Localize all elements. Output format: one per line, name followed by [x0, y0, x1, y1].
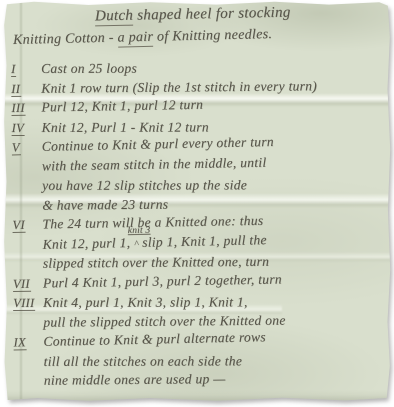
line-text: Knit 4, purl 1, Knit 3, slip 1, Knit 1,: [43, 292, 387, 312]
title-rest: shaped heel for stocking: [133, 5, 291, 24]
line-text: Cast on 25 loops: [41, 58, 385, 78]
insertion-point: ^knit 3: [134, 232, 139, 254]
subtitle-underlined: a pair: [117, 30, 153, 48]
step-numeral: V: [12, 138, 42, 158]
subtitle-post: of Knitting needles.: [153, 27, 272, 45]
line-text: till all the stitches on each side the: [44, 351, 388, 371]
step-numeral: II: [11, 79, 41, 99]
step-numeral: VIII: [13, 294, 43, 314]
manuscript-line: VIIIKnit 4, purl 1, Knit 3, slip 1, Knit…: [13, 292, 387, 312]
manuscript-content: Dutch shaped heel for stocking Knitting …: [11, 7, 385, 398]
step-numeral-text: I: [11, 62, 17, 77]
step-numeral: IV: [12, 118, 42, 138]
manuscript-paper: Dutch shaped heel for stocking Knitting …: [3, 1, 391, 402]
instruction-lines: ICast on 25 loopsIIKnit 1 row turn (Slip…: [11, 56, 388, 391]
title-underlined-word: Dutch: [95, 8, 134, 27]
line-text: you have 12 slip stitches up the side: [42, 175, 386, 195]
inserted-note: knit 3: [128, 221, 151, 241]
step-numeral-text: VII: [13, 276, 31, 291]
step-numeral-text: IV: [12, 120, 25, 135]
subtitle-pre: Knitting Cotton -: [13, 31, 118, 48]
step-numeral-text: II: [11, 81, 21, 96]
paper-shadow: Dutch shaped heel for stocking Knitting …: [3, 1, 391, 402]
page-background: Dutch shaped heel for stocking Knitting …: [0, 0, 394, 407]
manuscript-line: ICast on 25 loops: [11, 58, 385, 78]
manuscript-line: you have 12 slip stitches up the side: [12, 175, 386, 195]
step-numeral-text: V: [12, 140, 21, 155]
step-numeral-text: III: [11, 101, 26, 116]
step-numeral: I: [11, 60, 41, 80]
manuscript-line: till all the stitches on each side the: [14, 351, 388, 371]
step-numeral: [13, 248, 43, 249]
step-numeral-text: IX: [13, 335, 27, 350]
line-text-segment: slip 1, Knit 1, pull the: [138, 232, 267, 250]
step-numeral-text: VIII: [13, 296, 35, 311]
step-numeral: VII: [13, 274, 43, 294]
step-numeral: VI: [12, 215, 42, 235]
step-numeral: III: [11, 99, 41, 119]
step-numeral-text: VI: [12, 218, 26, 233]
line-text-segment: Knit 12, purl 1,: [42, 234, 134, 251]
step-numeral: IX: [13, 333, 43, 353]
